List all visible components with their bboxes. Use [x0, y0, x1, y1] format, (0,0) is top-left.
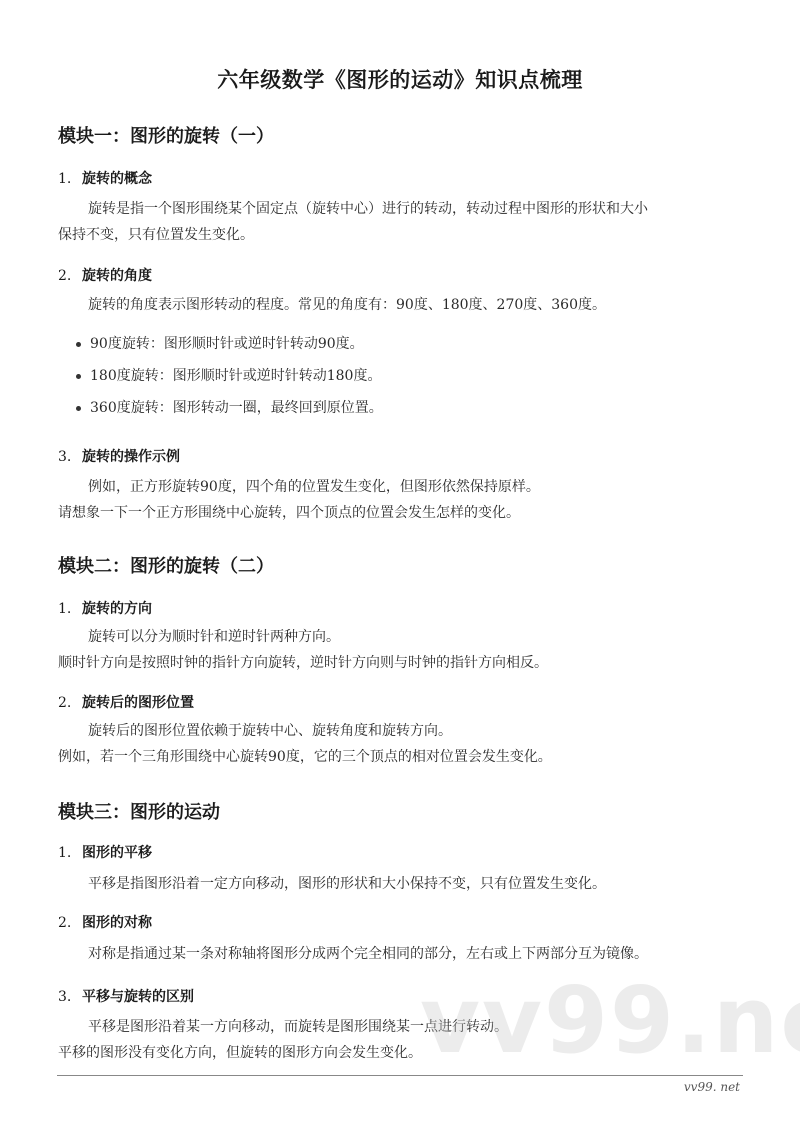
- section-paragraph-1-2: 旋转的角度表示图形转动的程度。常见的角度有：90度、180度、270度、360度…: [58, 292, 758, 318]
- list-item-text: 360度旋转：图形转动一圈，最终回到原位置。: [90, 400, 383, 416]
- module-heading-3: 模块三：图形的运动: [58, 798, 220, 824]
- section-number: 1.: [58, 601, 82, 617]
- paragraph-line: 平移是指图形沿着一定方向移动，图形的形状和大小保持不变，只有位置发生变化。: [58, 871, 758, 897]
- paragraph-line: 平移是图形沿着某一方向移动，而旋转是图形围绕某一点进行转动。: [58, 1014, 758, 1040]
- paragraph-line: 对称是指通过某一条对称轴将图形分成两个完全相同的部分，左右或上下两部分互为镜像。: [58, 941, 758, 967]
- section-number: 2.: [58, 268, 82, 284]
- section-heading-3-2: 2.图形的对称: [58, 912, 152, 932]
- bullet-icon: [76, 406, 81, 411]
- document-page: 六年级数学《图形的运动》知识点梳理 模块一：图形的旋转（一） 1.旋转的概念 旋…: [0, 0, 800, 1130]
- section-paragraph-2-1: 旋转可以分为顺时针和逆时针两种方向。 顺时针方向是按照时钟的指针方向旋转，逆时针…: [58, 624, 758, 676]
- section-title: 图形的平移: [82, 845, 152, 861]
- footer-site-label: vv99. net: [684, 1080, 740, 1094]
- section-number: 2.: [58, 695, 82, 711]
- section-number: 1.: [58, 171, 82, 187]
- section-heading-1-3: 3.旋转的操作示例: [58, 446, 180, 466]
- bullet-list-angles: 90度旋转：图形顺时针或逆时针转动90度。 180度旋转：图形顺时针或逆时针转动…: [74, 328, 383, 424]
- section-number: 3.: [58, 989, 82, 1005]
- bullet-icon: [76, 342, 81, 347]
- section-paragraph-1-3: 例如，正方形旋转90度，四个角的位置发生变化，但图形依然保持原样。 请想象一下一…: [58, 474, 758, 526]
- section-paragraph-3-2: 对称是指通过某一条对称轴将图形分成两个完全相同的部分，左右或上下两部分互为镜像。: [58, 941, 758, 967]
- section-paragraph-2-2: 旋转后的图形位置依赖于旋转中心、旋转角度和旋转方向。 例如，若一个三角形围绕中心…: [58, 718, 758, 770]
- list-item: 180度旋转：图形顺时针或逆时针转动180度。: [74, 360, 383, 392]
- section-heading-3-1: 1.图形的平移: [58, 842, 152, 862]
- module-heading-1: 模块一：图形的旋转（一）: [58, 122, 274, 148]
- section-number: 3.: [58, 449, 82, 465]
- paragraph-line: 旋转的角度表示图形转动的程度。常见的角度有：90度、180度、270度、360度…: [58, 292, 758, 318]
- section-title: 旋转的方向: [82, 601, 152, 617]
- paragraph-line: 平移的图形没有变化方向，但旋转的图形方向会发生变化。: [58, 1040, 758, 1066]
- section-heading-2-1: 1.旋转的方向: [58, 598, 152, 618]
- section-title: 旋转的操作示例: [82, 449, 180, 465]
- list-item-text: 90度旋转：图形顺时针或逆时针转动90度。: [90, 336, 364, 352]
- section-paragraph-3-3: 平移是图形沿着某一方向移动，而旋转是图形围绕某一点进行转动。 平移的图形没有变化…: [58, 1014, 758, 1066]
- paragraph-line: 旋转后的图形位置依赖于旋转中心、旋转角度和旋转方向。: [58, 718, 758, 744]
- section-heading-1-2: 2.旋转的角度: [58, 265, 152, 285]
- section-title: 旋转的概念: [82, 171, 152, 187]
- list-item: 90度旋转：图形顺时针或逆时针转动90度。: [74, 328, 383, 360]
- section-heading-2-2: 2.旋转后的图形位置: [58, 692, 194, 712]
- section-number: 2.: [58, 915, 82, 931]
- section-number: 1.: [58, 845, 82, 861]
- section-paragraph-1-1: 旋转是指一个图形围绕某个固定点（旋转中心）进行的转动，转动过程中图形的形状和大小…: [58, 196, 758, 248]
- section-paragraph-3-1: 平移是指图形沿着一定方向移动，图形的形状和大小保持不变，只有位置发生变化。: [58, 871, 758, 897]
- section-heading-1-1: 1.旋转的概念: [58, 168, 152, 188]
- section-title: 旋转后的图形位置: [82, 695, 194, 711]
- section-title: 图形的对称: [82, 915, 152, 931]
- paragraph-line: 顺时针方向是按照时钟的指针方向旋转，逆时针方向则与时钟的指针方向相反。: [58, 650, 758, 676]
- footer-divider: [57, 1075, 743, 1076]
- module-heading-2: 模块二：图形的旋转（二）: [58, 552, 274, 578]
- section-title: 平移与旋转的区别: [82, 989, 194, 1005]
- page-title: 六年级数学《图形的运动》知识点梳理: [0, 64, 800, 94]
- list-item-text: 180度旋转：图形顺时针或逆时针转动180度。: [90, 368, 381, 384]
- bullet-icon: [76, 374, 81, 379]
- paragraph-line: 请想象一下一个正方形围绕中心旋转，四个顶点的位置会发生怎样的变化。: [58, 500, 758, 526]
- list-item: 360度旋转：图形转动一圈，最终回到原位置。: [74, 392, 383, 424]
- section-title: 旋转的角度: [82, 268, 152, 284]
- paragraph-line: 旋转可以分为顺时针和逆时针两种方向。: [58, 624, 758, 650]
- paragraph-line: 旋转是指一个图形围绕某个固定点（旋转中心）进行的转动，转动过程中图形的形状和大小: [58, 196, 758, 222]
- paragraph-line: 例如，正方形旋转90度，四个角的位置发生变化，但图形依然保持原样。: [58, 474, 758, 500]
- paragraph-line: 保持不变，只有位置发生变化。: [58, 222, 758, 248]
- paragraph-line: 例如，若一个三角形围绕中心旋转90度，它的三个顶点的相对位置会发生变化。: [58, 744, 758, 770]
- section-heading-3-3: 3.平移与旋转的区别: [58, 986, 194, 1006]
